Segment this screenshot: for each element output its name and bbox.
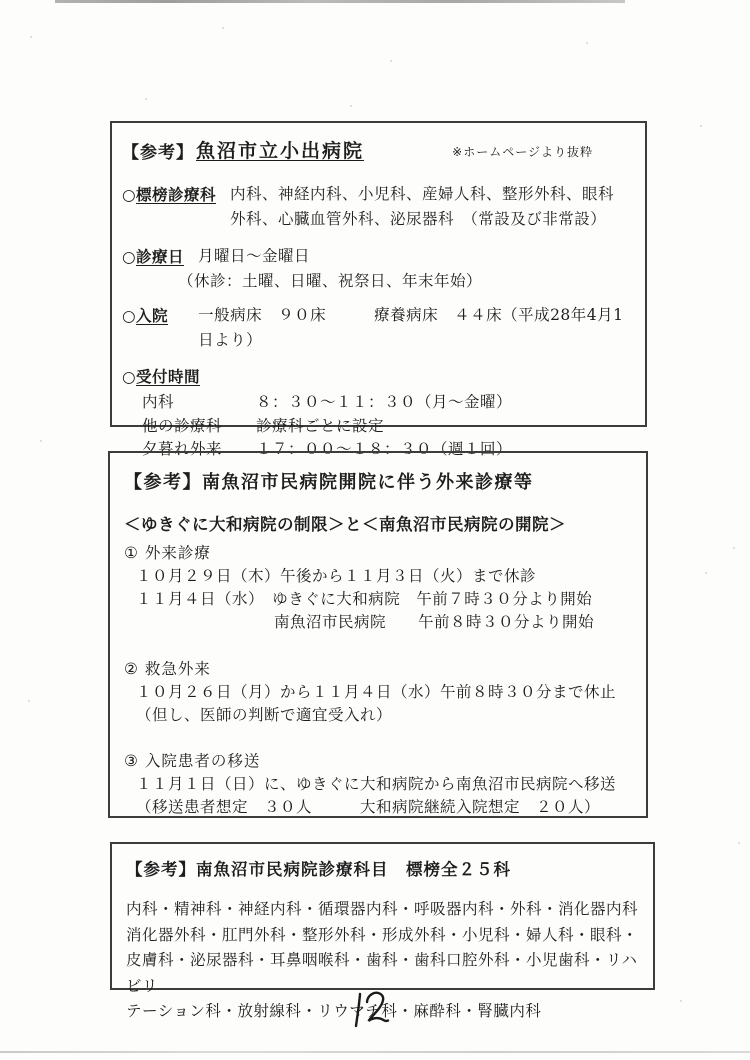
minami-subtitle: ＜ゆきぐに大和病院の制限＞と＜南魚沼市民病院の開院＞ [124, 511, 632, 535]
koide-departments-row: ○標榜診療科 内科、神経内科、小児科、産婦人科、整形外科、眼科 外科、心臓血管外… [122, 182, 635, 232]
item1-line1: １０月２９日（木）午後から１１月３日（火）まで休診 [136, 565, 632, 588]
item2-heading: ②救急外来 [124, 658, 632, 681]
departments-list-header: 【参考】南魚沼市民病院診療科目 標榜全２５科 [126, 856, 639, 880]
departments-line2: 外科、心臓血管外科、泌尿器科 （常設及び非常設） [230, 207, 614, 232]
reference-tag: 【参考】 [122, 138, 194, 163]
circled-number-3: ③ [124, 752, 139, 770]
scan-speck [28, 700, 30, 702]
departments-list-title: 南魚沼市民病院診療科目 標榜全２５科 [196, 860, 511, 879]
scan-speck [350, 105, 352, 107]
reception-label: ○受付時間 [122, 364, 200, 389]
circled-number-2: ② [124, 660, 139, 678]
reception-dept: 内科 [142, 391, 256, 415]
days-label: ○診療日 [122, 244, 184, 294]
scan-speck [680, 1000, 682, 1002]
section-departments-list: 【参考】南魚沼市民病院診療科目 標榜全２５科 内科・精神科・神経内科・循環器内科… [110, 842, 655, 990]
handwritten-12-strokes [346, 988, 398, 1034]
item2-line1: １０月２６日（月）から１１月４日（水）午前８時３０分まで休止 [136, 681, 632, 704]
scan-speck [30, 36, 32, 38]
scan-artifact-top [55, 0, 625, 3]
koide-days-row: ○診療日 月曜日～金曜日 （休診：土曜、日曜、祝祭日、年末年始） [122, 244, 635, 294]
koide-header: 【参考】 魚沼市立小出病院 ※ホームページより抜粋 [122, 136, 635, 163]
koide-reception-row: ○受付時間 [122, 364, 635, 389]
item3-heading: ③入院患者の移送 [124, 750, 632, 773]
reference-tag: 【参考】 [124, 472, 202, 493]
circled-number-1: ① [124, 544, 139, 562]
reception-dept: 他の診療科 [142, 415, 256, 439]
scan-speck [733, 547, 735, 549]
reference-tag: 【参考】 [126, 860, 196, 879]
departments-line: 内科・精神科・神経内科・循環器内科・呼吸器内科・外科・消化器内科 [126, 897, 639, 923]
section-koide-hospital: 【参考】 魚沼市立小出病院 ※ホームページより抜粋 ○標榜診療科 内科、神経内科… [110, 121, 647, 427]
scan-speck [145, 98, 147, 100]
beds-content: 一般病床 ９０床 療養病床 ４４床（平成28年4月1日より） [198, 303, 635, 353]
item3-line1: １１月１日（日）に、ゆきぐに大和病院から南魚沼市民病院へ移送 [136, 773, 632, 796]
scan-speck [586, 42, 588, 44]
scan-speck [705, 572, 707, 574]
beds-label: ○入院 [122, 303, 184, 353]
koide-beds-row: ○入院 一般病床 ９０床 療養病床 ４４床（平成28年4月1日より） [122, 303, 635, 353]
scan-speck [40, 440, 42, 442]
item2-line2: （但し、医師の判断で適宜受入れ） [136, 704, 632, 727]
reception-row-other: 他の診療科 診療科ごとに設定 [142, 415, 635, 439]
scan-speck [700, 125, 702, 127]
days-closed-note: （休診：土曜、日曜、祝祭日、年末年始） [178, 269, 482, 294]
days-content: 月曜日～金曜日 （休診：土曜、日曜、祝祭日、年末年始） [198, 244, 482, 294]
item1-line2: １１月４日（水） ゆきぐに大和病院 午前７時３０分より開始 [136, 588, 632, 611]
days-line1: 月曜日～金曜日 [198, 244, 482, 269]
scan-speck [390, 60, 392, 62]
item1-heading: ①外来診療 [124, 542, 632, 565]
item1-line3: 南魚沼市民病院 午前８時３０分より開始 [274, 611, 632, 634]
source-note: ※ホームページより抜粋 [452, 143, 593, 163]
scan-artifact-bottom [0, 1051, 750, 1053]
section-minami-uonuma-opening: 【参考】南魚沼市民病院開院に伴う外来診療等 ＜ゆきぐに大和病院の制限＞と＜南魚沼… [108, 451, 648, 818]
minami-title: 南魚沼市民病院開院に伴う外来診療等 [202, 472, 534, 493]
scan-speck [738, 842, 740, 844]
scanned-document-page: 【参考】 魚沼市立小出病院 ※ホームページより抜粋 ○標榜診療科 内科、神経内科… [0, 0, 750, 1060]
handwritten-page-number [346, 988, 398, 1038]
departments-line1: 内科、神経内科、小児科、産婦人科、整形外科、眼科 [230, 182, 614, 207]
item3-line2: （移送患者想定 ３０人 大和病院継続入院想定 ２０人） [136, 796, 632, 819]
departments-line: 消化器外科・肛門外科・整形外科・形成外科・小児科・婦人科・眼科・ [126, 923, 639, 949]
scan-speck [222, 27, 224, 29]
reception-hours: 診療科ごとに設定 [256, 415, 384, 439]
departments-content: 内科、神経内科、小児科、産婦人科、整形外科、眼科 外科、心臓血管外科、泌尿器科 … [230, 182, 614, 232]
koide-hospital-title: 魚沼市立小出病院 [196, 136, 364, 163]
reception-hours: ８：３０～１１：３０（月～金曜） [256, 391, 512, 415]
departments-label: ○標榜診療科 [122, 182, 216, 232]
reception-row-naika: 内科 ８：３０～１１：３０（月～金曜） [142, 391, 635, 415]
minami-header: 【参考】南魚沼市民病院開院に伴う外来診療等 [124, 468, 632, 494]
